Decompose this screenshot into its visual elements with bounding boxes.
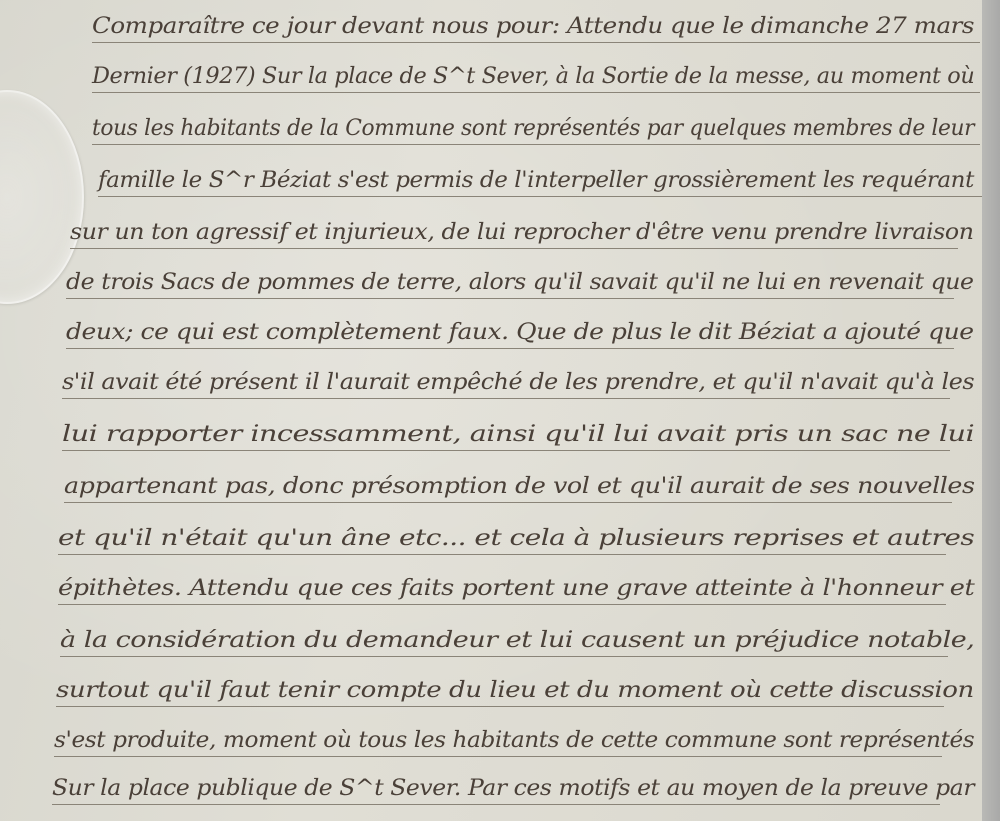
text-line: lui rapporter incessamment, ainsi qu'il … xyxy=(62,410,950,451)
text-line: Comparaître ce jour devant nous pour: At… xyxy=(92,2,980,43)
text-line: deux; ce qui est complètement faux. Que … xyxy=(66,308,954,349)
text-line: Dernier (1927) Sur la place de S^t Sever… xyxy=(92,52,980,93)
text-line: s'est produite, moment où tous les habit… xyxy=(54,716,942,757)
text-line: de trois Sacs de pommes de terre, alors … xyxy=(66,258,954,299)
line-text: Sur la place publique de S^t Sever. Par … xyxy=(52,776,974,804)
text-line: famille le S^r Béziat s'est permis de l'… xyxy=(98,156,986,197)
text-line: s'il avait été présent il l'aurait empêc… xyxy=(62,358,950,399)
line-text: à la considération du demandeur et lui c… xyxy=(60,628,974,656)
text-line: appartenant pas, donc présomption de vol… xyxy=(64,462,952,503)
line-text: s'est produite, moment où tous les habit… xyxy=(54,728,974,756)
line-text: sur un ton agressif et injurieux, de lui… xyxy=(70,220,973,248)
line-text: s'il avait été présent il l'aurait empêc… xyxy=(62,370,974,398)
line-text: tous les habitants de la Commune sont re… xyxy=(92,116,974,144)
text-line: à la considération du demandeur et lui c… xyxy=(60,616,948,657)
line-text: appartenant pas, donc présomption de vol… xyxy=(64,474,975,502)
text-line: et qu'il n'était qu'un âne etc... et cel… xyxy=(58,514,946,555)
line-text: deux; ce qui est complètement faux. Que … xyxy=(66,320,974,348)
line-text: famille le S^r Béziat s'est permis de l'… xyxy=(98,168,974,196)
line-text: surtout qu'il faut tenir compte du lieu … xyxy=(56,678,974,706)
text-line: épithètes. Attendu que ces faits portent… xyxy=(58,564,946,605)
line-text: Dernier (1927) Sur la place de S^t Sever… xyxy=(92,64,974,92)
text-line: sur un ton agressif et injurieux, de lui… xyxy=(70,208,958,249)
line-text: épithètes. Attendu que ces faits portent… xyxy=(58,576,974,604)
text-line: Sur la place publique de S^t Sever. Par … xyxy=(52,764,940,805)
line-text: de trois Sacs de pommes de terre, alors … xyxy=(66,270,974,298)
line-text: et qu'il n'était qu'un âne etc... et cel… xyxy=(58,526,974,554)
line-text: Comparaître ce jour devant nous pour: At… xyxy=(92,14,974,42)
page-edge xyxy=(982,0,1000,821)
document-page: Comparaître ce jour devant nous pour: At… xyxy=(0,0,982,821)
text-line: tous les habitants de la Commune sont re… xyxy=(92,104,980,145)
line-text: lui rapporter incessamment, ainsi qu'il … xyxy=(62,422,974,450)
text-line: surtout qu'il faut tenir compte du lieu … xyxy=(56,666,944,707)
